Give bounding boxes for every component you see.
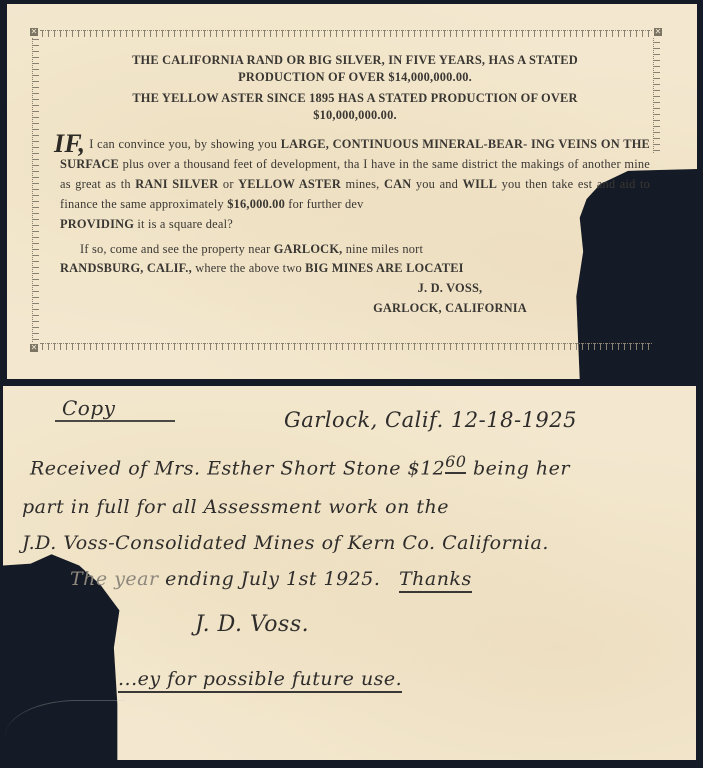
corner-ornament-icon: ✕ [654,28,662,36]
text-run: nine miles nort [342,242,423,256]
text-run: CAN [384,177,411,191]
signer-location: GARLOCK, CALIFORNIA [360,298,540,318]
text-run: PROVIDING [60,217,134,231]
footer-note: ...ey for possible future use. [118,668,402,693]
text-run: ending July 1st 1925. [159,568,381,590]
text-run: RANI SILVER [131,177,219,191]
text-run: where the above two [192,261,305,275]
border-bottom [40,343,652,350]
text-run: WILL [463,177,498,191]
receipt-line-4: The year ending July 1st 1925. Thanks [70,568,472,590]
text-run: you and [411,177,462,191]
corner-ornament-icon: ✕ [30,28,38,36]
text-run: plus over a thousand feet of development… [119,157,360,171]
text-run: being her [466,457,570,479]
headline-line: THE YELLOW ASTER SINCE 1895 HAS A STATED… [60,90,650,107]
text-run: it is a square deal? [134,217,233,231]
headline-line: THE CALIFORNIA RAND OR BIG SILVER, IN FI… [60,52,650,69]
text-run: Received of Mrs. Esther Short Stone [30,457,408,479]
headline: THE CALIFORNIA RAND OR BIG SILVER, IN FI… [60,52,650,86]
text-run: or [218,177,238,191]
signer-name: J. D. VOSS, [360,278,540,298]
invitation-paragraph: If so, come and see the property near GA… [60,240,650,278]
copy-underline [55,420,175,422]
dateline: Garlock, Calif. 12-18-1925 [284,408,577,432]
text-run: I can convince you, by showing you [89,137,280,151]
pitch-paragraph: IF,I can convince you, by showing you LA… [60,134,650,234]
text-run: $16,000.00 [227,197,285,211]
text-run: mines, [341,177,384,191]
text-run: GARLOCK, [274,242,343,256]
text-run: you then take [497,177,573,191]
if-drop-word: IF, [54,129,85,158]
faint-text: The year [70,568,159,590]
headline-line: PRODUCTION OF OVER $14,000,000.00. [60,69,650,86]
text-run: RANDSBURG, CALIF., [60,261,192,275]
amount: $12 [408,457,446,479]
border-top [40,30,652,37]
printed-advertisement: THE CALIFORNIA RAND OR BIG SILVER, IN FI… [60,52,650,318]
amount-cents: 60 [445,452,466,474]
headline-line: $10,000,000.00. [60,107,650,124]
receipt-line-1: Received of Mrs. Esther Short Stone $126… [30,452,570,479]
handwritten-signature: J. D. Voss. [195,612,309,637]
thanks-note: Thanks [399,568,472,593]
receipt-line-3: J.D. Voss-Consolidated Mines of Kern Co.… [22,532,549,554]
printed-signature: J. D. VOSS, GARLOCK, CALIFORNIA [360,278,540,318]
border-right [653,38,660,153]
text-run: If so, come and see the property near [80,242,274,256]
scratch-mark [5,700,125,761]
corner-ornament-icon: ✕ [30,344,38,352]
text-run: for further dev [285,197,364,211]
headline: THE YELLOW ASTER SINCE 1895 HAS A STATED… [60,90,650,124]
text-run: BIG MINES ARE LOCATEI [305,261,464,275]
border-left [32,38,39,342]
copy-note: Copy [62,396,115,420]
text-run: YELLOW ASTER [238,177,341,191]
receipt-line-2: part in full for all Assessment work on … [22,496,449,518]
